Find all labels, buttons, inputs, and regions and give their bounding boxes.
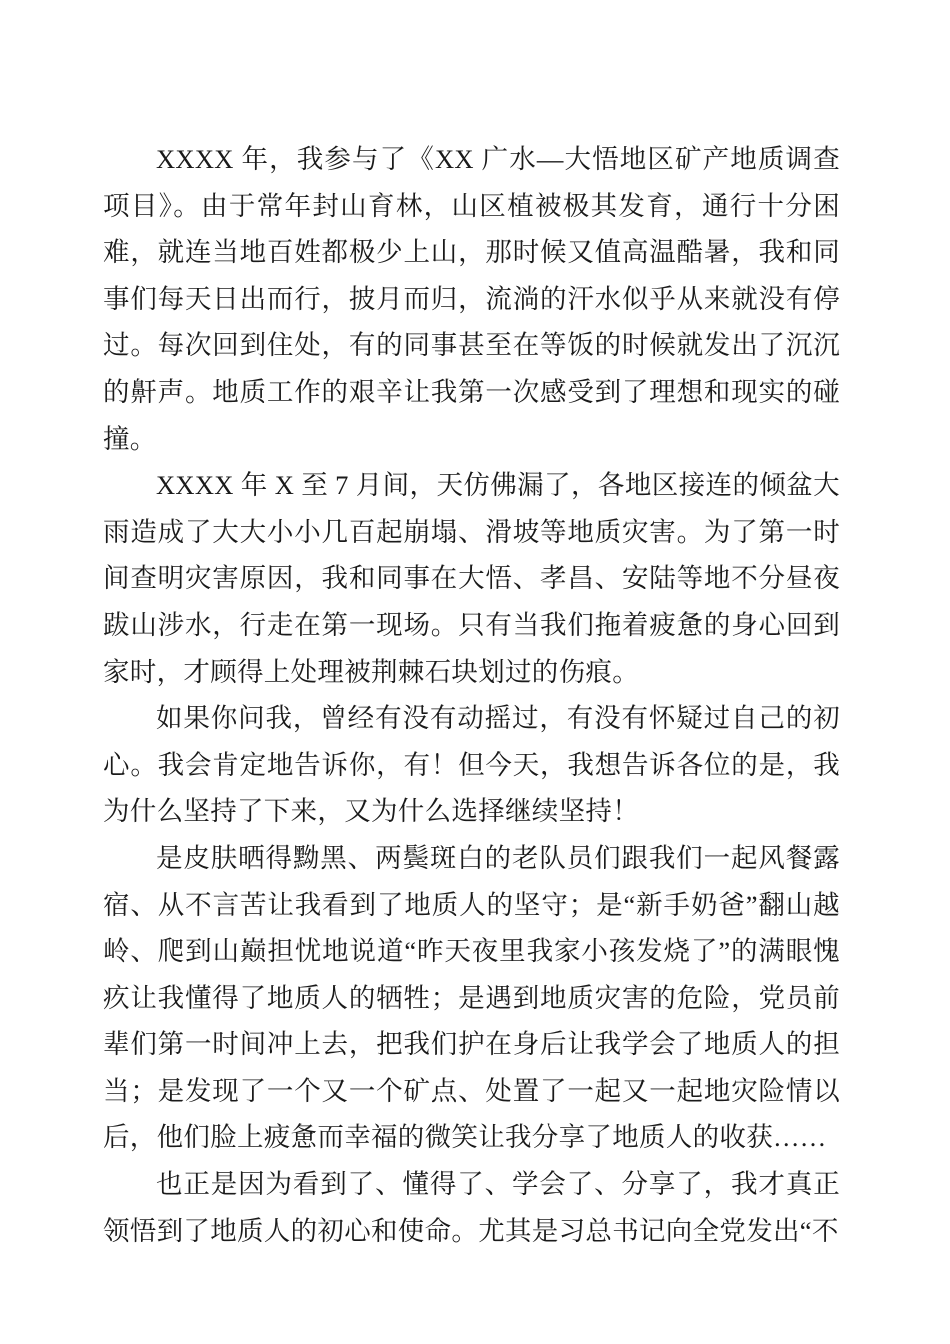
document-page: XXXX 年，我参与了《XX 广水—大悟地区矿产地质调查项目》。由于常年封山育林… (0, 0, 950, 1344)
paragraph-disaster-response: XXXX 年 X 至 7 月间，天仿佛漏了，各地区接连的倾盆大雨造成了大大小小几… (103, 462, 840, 695)
paragraph-mission-realization: 也正是因为看到了、懂得了、学会了、分享了，我才真正领悟到了地质人的初心和使命。尤… (103, 1161, 840, 1254)
paragraph-field-survey: XXXX 年，我参与了《XX 广水—大悟地区矿产地质调查项目》。由于常年封山育林… (103, 136, 840, 462)
paragraph-geologist-spirit: 是皮肤晒得黝黑、两鬓斑白的老队员们跟我们一起风餐露宿、从不言苦让我看到了地质人的… (103, 835, 840, 1161)
paragraph-question-initial-heart: 如果你问我，曾经有没有动摇过，有没有怀疑过自己的初心。我会肯定地告诉你，有！但今… (103, 695, 840, 835)
